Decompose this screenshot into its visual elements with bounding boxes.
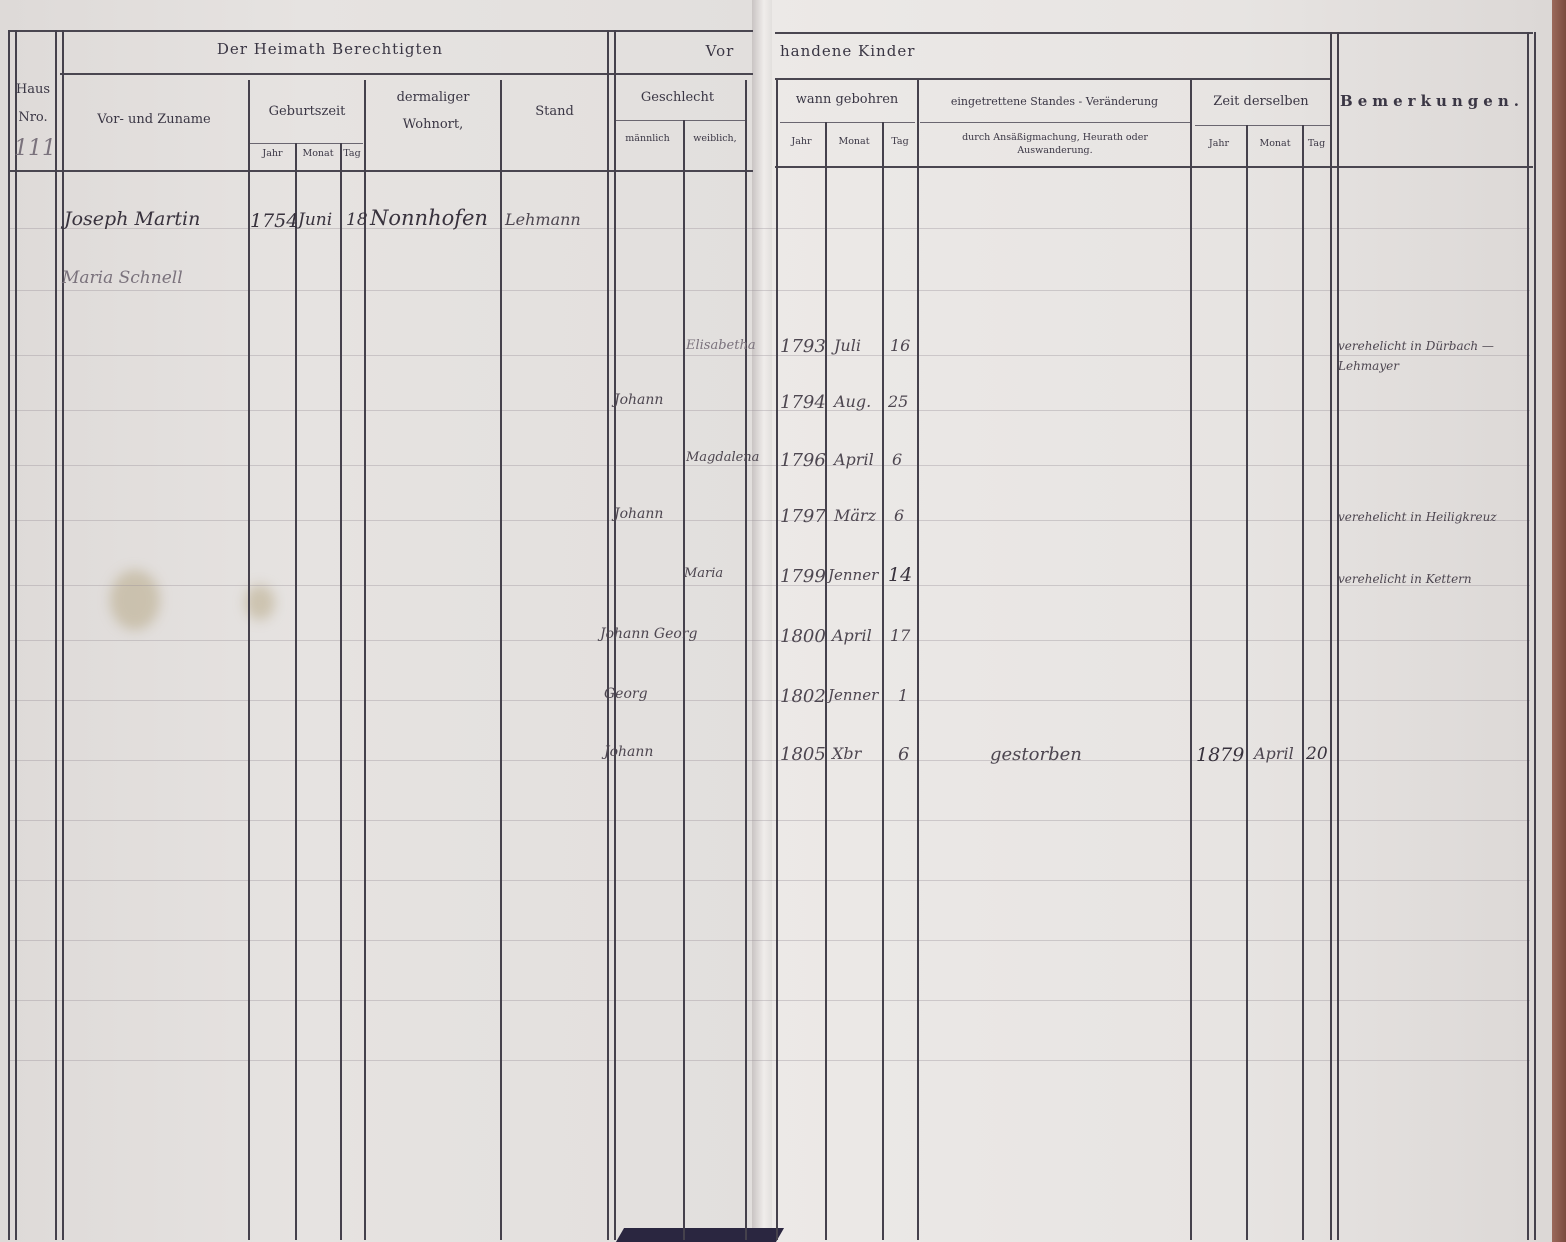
child-birth-year: 1796 (780, 450, 826, 471)
column-rule (1302, 125, 1304, 1240)
child-birth-day: 6 (894, 506, 904, 525)
header-veraenderung: eingetrettene Standes - Veränderung (919, 95, 1190, 108)
child-birth-year: 1793 (780, 336, 826, 357)
parent-father-name: Joseph Martin (64, 208, 200, 230)
header-zeit-derselben: Zeit derselben (1192, 94, 1330, 109)
table-top-rule (8, 30, 753, 32)
child-name-female: Magdalena (686, 450, 759, 465)
child-birth-day: 14 (888, 564, 912, 586)
child-birth-month: April (834, 450, 874, 469)
column-rule (776, 80, 778, 1240)
child-name-male: Johann (614, 392, 663, 408)
column-rule (8, 30, 17, 1240)
child-birth-month: Jenner (828, 566, 878, 584)
header-jahr: Jahr (778, 136, 825, 147)
child-remark: verehelicht in Dürbach — Lehmayer (1338, 336, 1523, 376)
column-rule (55, 30, 64, 1240)
header-tag: Tag (883, 136, 917, 147)
header-tag: Tag (340, 148, 364, 159)
child-change-day: 20 (1306, 744, 1328, 764)
child-name-male: Johann Georg (600, 626, 697, 642)
child-birth-day: 16 (890, 336, 910, 355)
header-name: Vor- und Zuname (60, 112, 248, 127)
child-name-male: Johann (604, 744, 653, 760)
section-title-kinder: handene Kinder (780, 42, 915, 60)
child-birth-month: Jenner (828, 686, 878, 704)
book-bottom-shadow (616, 1228, 784, 1242)
column-rule (500, 80, 502, 1240)
header-geschlecht: Geschlecht (610, 90, 745, 105)
header-monat: Monat (296, 148, 340, 159)
header-jahr: Jahr (250, 148, 295, 159)
child-birth-month: Xbr (832, 744, 861, 763)
header-wann-geboren: wann gebohren (778, 92, 916, 107)
header-nro: Nro. (8, 110, 58, 125)
header-zeit-monat: Monat (1248, 138, 1302, 149)
column-rule (1527, 32, 1536, 1240)
parent-birth-day: 18 (346, 210, 368, 230)
child-birth-year: 1794 (780, 392, 826, 413)
column-rule (340, 143, 342, 1240)
child-birth-day: 6 (898, 744, 909, 765)
parent-birth-month: Juni (298, 210, 332, 230)
child-birth-month: Aug. (834, 392, 871, 411)
paper-stain (110, 570, 160, 630)
child-birth-day: 25 (888, 392, 908, 411)
child-name-male: Georg (604, 686, 648, 702)
column-rule (248, 80, 250, 1240)
header-subdivider (616, 120, 746, 121)
header-divider (610, 73, 753, 75)
parent-mother-name: Maria Schnell (62, 268, 183, 288)
header-monat: Monat (826, 136, 882, 147)
child-birth-year: 1800 (780, 626, 826, 647)
column-rule (917, 80, 919, 1240)
header-wohnort-1: dermaliger (366, 90, 500, 105)
house-number: 111 (14, 136, 56, 161)
header-divider (60, 73, 610, 75)
child-birth-month: Juli (834, 336, 861, 355)
child-status-change: gestorben (990, 744, 1082, 765)
book-cover-edge (1552, 0, 1566, 1242)
column-rule (882, 122, 884, 1240)
column-rule (1330, 32, 1339, 1240)
child-birth-year: 1797 (780, 506, 826, 527)
child-birth-day: 6 (892, 450, 902, 469)
child-birth-year: 1805 (780, 744, 826, 765)
left-page (0, 0, 762, 1242)
header-stand: Stand (502, 104, 607, 119)
header-bottom-rule (8, 170, 753, 172)
column-rule (364, 80, 366, 1240)
child-remark: verehelicht in Heiligkreuz (1338, 510, 1497, 524)
child-remark: verehelicht in Kettern (1338, 572, 1472, 586)
child-change-month: April (1254, 744, 1294, 763)
header-geburtszeit: Geburtszeit (250, 104, 364, 119)
header-haus: Haus (8, 82, 58, 97)
header-zeit-tag: Tag (1303, 138, 1330, 149)
column-rule (1246, 125, 1248, 1240)
header-veraenderung-sub: durch Ansäßigmachung, Heurath oder Auswa… (930, 131, 1180, 157)
header-weiblich: weiblich, (685, 133, 745, 144)
child-birth-month: April (832, 626, 872, 645)
child-birth-day: 17 (890, 626, 910, 645)
header-subdivider (1195, 125, 1330, 126)
header-subdivider (920, 122, 1190, 123)
child-birth-year: 1802 (780, 686, 826, 707)
child-name-male: Johann (614, 506, 663, 522)
header-bottom-rule (775, 166, 1533, 168)
section-title-vor: Vor (690, 42, 750, 60)
column-rule (745, 80, 747, 1240)
book-spine (752, 0, 772, 1242)
right-page (762, 0, 1552, 1242)
parent-wohnort: Nonnhofen (370, 206, 488, 230)
child-change-year: 1879 (1196, 744, 1244, 766)
table-top-rule (775, 32, 1533, 34)
column-rule (825, 122, 827, 1240)
child-birth-day: 1 (898, 686, 908, 705)
header-divider (775, 78, 1330, 80)
child-birth-year: 1799 (780, 566, 826, 587)
header-wohnort-2: Wohnort, (366, 117, 500, 132)
child-birth-month: März (834, 506, 876, 525)
header-subdivider (248, 143, 363, 144)
header-zeit-jahr: Jahr (1192, 138, 1246, 149)
column-rule (1190, 80, 1192, 1240)
header-subdivider (780, 122, 915, 123)
section-title: Der Heimath Berechtigten (150, 40, 510, 58)
parent-stand: Lehmann (505, 210, 581, 229)
child-name-female: Elisabetha (686, 338, 756, 353)
header-maennlich: männlich (612, 133, 683, 144)
column-rule (683, 120, 685, 1240)
header-bemerkungen: Bemerkungen. (1336, 92, 1528, 110)
parent-birth-year: 1754 (250, 210, 298, 232)
child-name-female: Maria (684, 566, 723, 581)
column-rule (295, 143, 297, 1240)
